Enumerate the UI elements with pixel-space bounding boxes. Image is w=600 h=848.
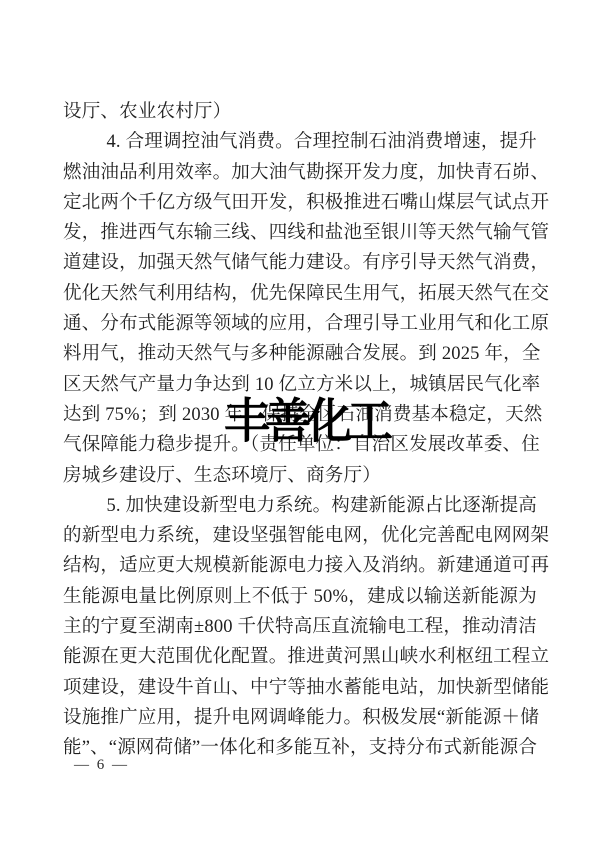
text-line: 道建设，加强天然气储气能力建设。有序引导天然气消费， (63, 248, 537, 278)
text-line: 设厅、农业农村厅） (63, 97, 537, 127)
text-line: 能”、“源网荷储”一体化和多能互补，支持分布式新能源合 (63, 733, 537, 763)
watermark-overlay: 丰善化工 (224, 395, 388, 447)
text-line: 设施推广应用，提升电网调峰能力。积极发展“新能源＋储 (63, 703, 537, 733)
text-line: 的新型电力系统，建设坚强智能电网，优化完善配电网网架 (63, 521, 537, 551)
text-line: 发，推进西气东输三线、四线和盐池至银川等天然气输气管 (63, 218, 537, 248)
text-line: 定北两个千亿方级气田开发，积极推进石嘴山煤层气试点开 (63, 188, 537, 218)
text-line: 通、分布式能源等领域的应用，合理引导工业用气和化工原 (63, 309, 537, 339)
text-line: 房城乡建设厅、生态环境厅、商务厅） (63, 461, 537, 491)
text-line: 结构，适应更大规模新能源电力接入及消纳。新建通道可再 (63, 551, 537, 581)
text-line: 主的宁夏至湖南±800 千伏特高压直流输电工程，推动清洁 (63, 612, 537, 642)
page-number: — 6 — (74, 755, 129, 775)
document-page: 设厅、农业农村厅） 4. 合理调控油气消费。合理控制石油消费增速，提升 燃油油品… (0, 0, 600, 848)
text-line: 能源在更大范围优化配置。推进黄河黑山峡水利枢纽工程立 (63, 642, 537, 672)
text-line: 料用气，推动天然气与多种能源融合发展。到 2025 年，全 (63, 339, 537, 369)
text-line: 生能源电量比例原则上不低于 50%，建成以输送新能源为 (63, 582, 537, 612)
text-line: 5. 加快建设新型电力系统。构建新能源占比逐渐提高 (63, 491, 537, 521)
text-line: 优化天然气利用结构，优先保障民生用气，拓展天然气在交 (63, 279, 537, 309)
text-line: 燃油油品利用效率。加大油气勘探开发力度，加快青石峁、 (63, 158, 537, 188)
text-line: 项建设，建设牛首山、中宁等抽水蓄能电站，加快新型储能 (63, 673, 537, 703)
text-line: 4. 合理调控油气消费。合理控制石油消费增速，提升 (63, 127, 537, 157)
